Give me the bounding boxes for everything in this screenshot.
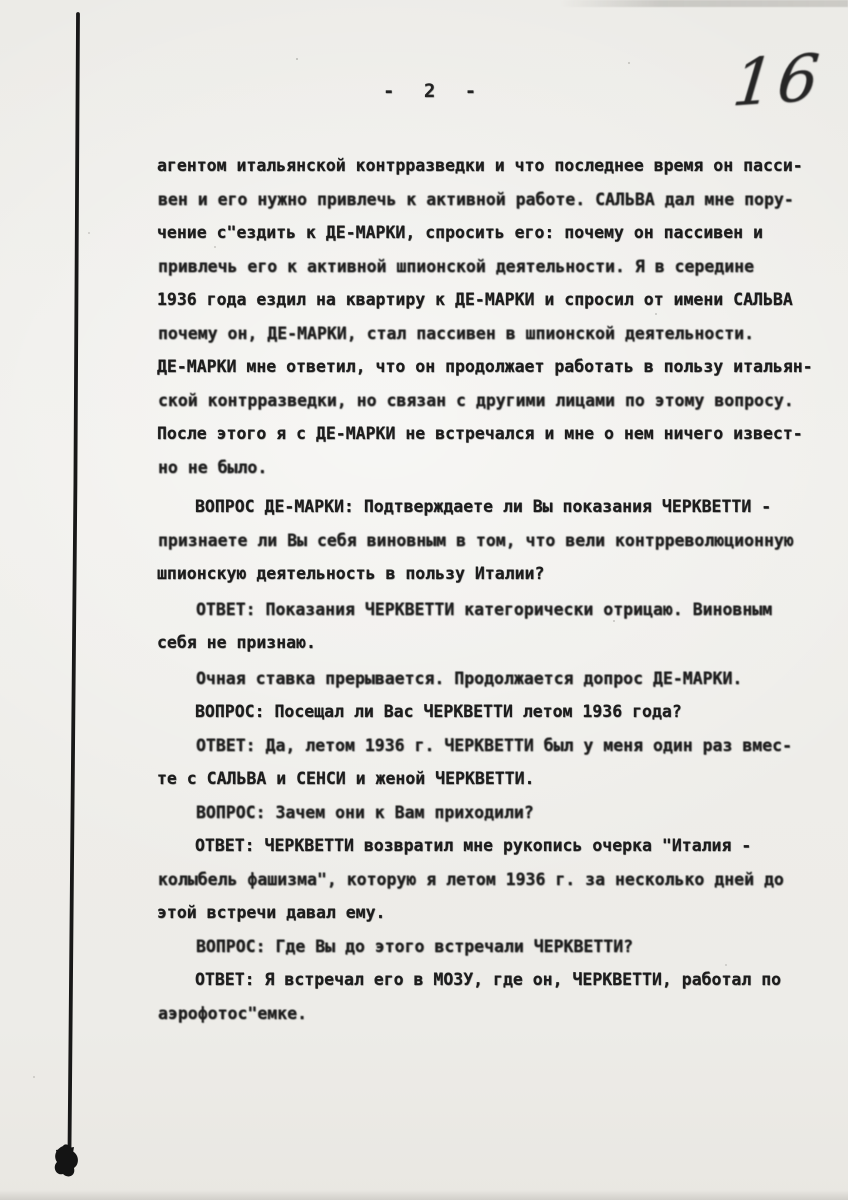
document-line: ВОПРОС: Посещал ли Вас ЧЕРКВЕТТИ летом 1… — [157, 695, 829, 729]
document-line: ВОПРОС: Зачем они к Вам приходили? — [158, 796, 830, 830]
document-line: 1936 года ездил на квартиру к ДЕ-МАРКИ и… — [157, 283, 829, 317]
document-line: ОТВЕТ: Я встречал его в МОЗУ, где он, ЧЕ… — [157, 963, 829, 997]
document-line: агентом итальянской контрразведки и что … — [157, 149, 829, 183]
document-line: почему он, ДЕ-МАРКИ, стал пассивен в шпи… — [158, 317, 830, 351]
document-line: но не было. — [158, 451, 830, 485]
document-line: шпионскую деятельность в пользу Италии? — [157, 557, 829, 591]
document-line: признаете ли Вы себя виновным в том, что… — [158, 524, 830, 558]
document-line: Очная ставка прерывается. Продолжается д… — [158, 662, 830, 696]
document-line: чение с"ездить к ДЕ-МАРКИ, спросить его:… — [157, 216, 829, 250]
document-line: себя не признаю. — [157, 626, 829, 660]
document-line: ДЕ-МАРКИ мне ответил, что он продолжает … — [157, 350, 829, 384]
document-line: этой встречи давал ему. — [157, 896, 829, 930]
document-line: ской контрразведки, но связан с другими … — [158, 384, 830, 418]
document-line: вен и его нужно привлечь к активной рабо… — [158, 183, 830, 217]
scanned-page: - 2 - 16 агентом итальянской контрразвед… — [0, 0, 848, 1200]
document-line: ОТВЕТ: Показания ЧЕРКВЕТТИ категорически… — [158, 593, 830, 627]
handwritten-page-number: 16 — [729, 41, 826, 122]
document-line: аэрофотос"емке. — [158, 997, 830, 1031]
document-line: ОТВЕТ: Да, летом 1936 г. ЧЕРКВЕТТИ был у… — [158, 729, 830, 763]
page-number-header: - 2 - — [383, 80, 485, 102]
document-line: ВОПРОС ДЕ-МАРКИ: Подтверждаете ли Вы пок… — [157, 490, 829, 524]
document-line: привлечь его к активной шпионской деятел… — [158, 250, 830, 284]
document-line: ОТВЕТ: ЧЕРКВЕТТИ возвратил мне рукопись … — [157, 829, 829, 863]
document-line: колыбель фашизма", которую я летом 1936 … — [158, 863, 830, 897]
document-line: ВОПРОС: Где Вы до этого встречали ЧЕРКВЕ… — [158, 930, 830, 964]
document-line: После этого я с ДЕ-МАРКИ не встречался и… — [157, 417, 829, 451]
document-line: те с САЛЬВА и СЕНСИ и женой ЧЕРКВЕТТИ. — [157, 762, 829, 796]
document-body: агентом итальянской контрразведки и что … — [157, 149, 829, 1030]
